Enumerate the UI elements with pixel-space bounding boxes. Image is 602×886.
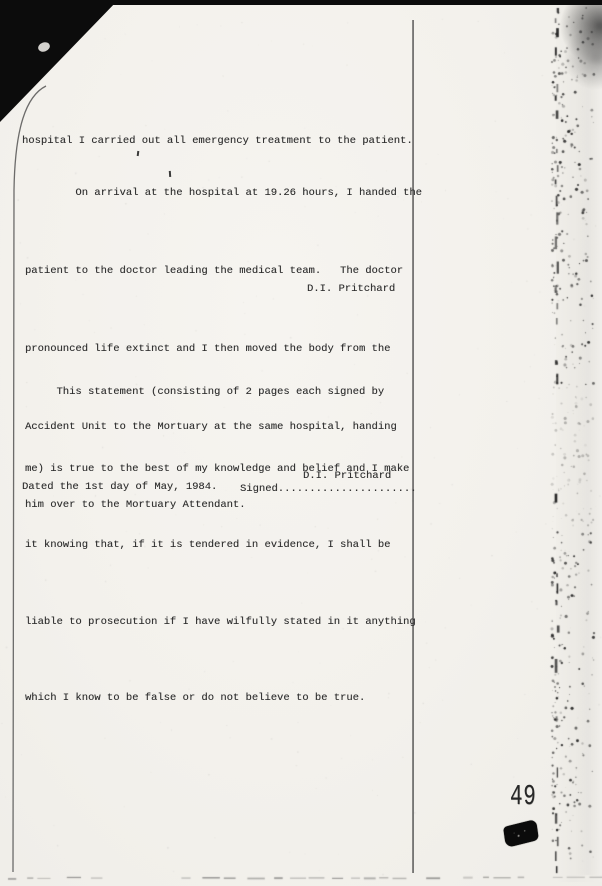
text-line: liable to prosecution if I have wilfully…	[25, 610, 416, 636]
dated-line: Dated the 1st day of May, 1984.	[22, 481, 217, 493]
corner-fold-hole	[37, 41, 51, 54]
ink-stamp-blob	[503, 819, 539, 848]
page-number: 49	[510, 782, 537, 811]
paragraph-declaration: This statement (consisting of 2 pages ea…	[25, 329, 416, 763]
scan-artifact-tick	[169, 171, 171, 177]
text-line: which I know to be false or do not belie…	[25, 686, 416, 712]
signature-on-dotted-line: D.I. Pritchard	[303, 470, 391, 482]
scan-top-band	[0, 0, 602, 5]
text-line: On arrival at the hospital at 19.26 hour…	[25, 180, 422, 206]
scanned-document-page: hospital I carried out all emergency tre…	[0, 0, 602, 886]
text-line: patient to the doctor leading the medica…	[25, 258, 422, 284]
signature-typed: D.I. Pritchard	[307, 283, 395, 295]
text-line: it knowing that, if it is tendered in ev…	[25, 533, 416, 559]
scan-right-margin-strip	[556, 4, 602, 882]
text-line: This statement (consisting of 2 pages ea…	[25, 380, 416, 406]
signed-dotted-line: Signed......................	[240, 483, 416, 495]
